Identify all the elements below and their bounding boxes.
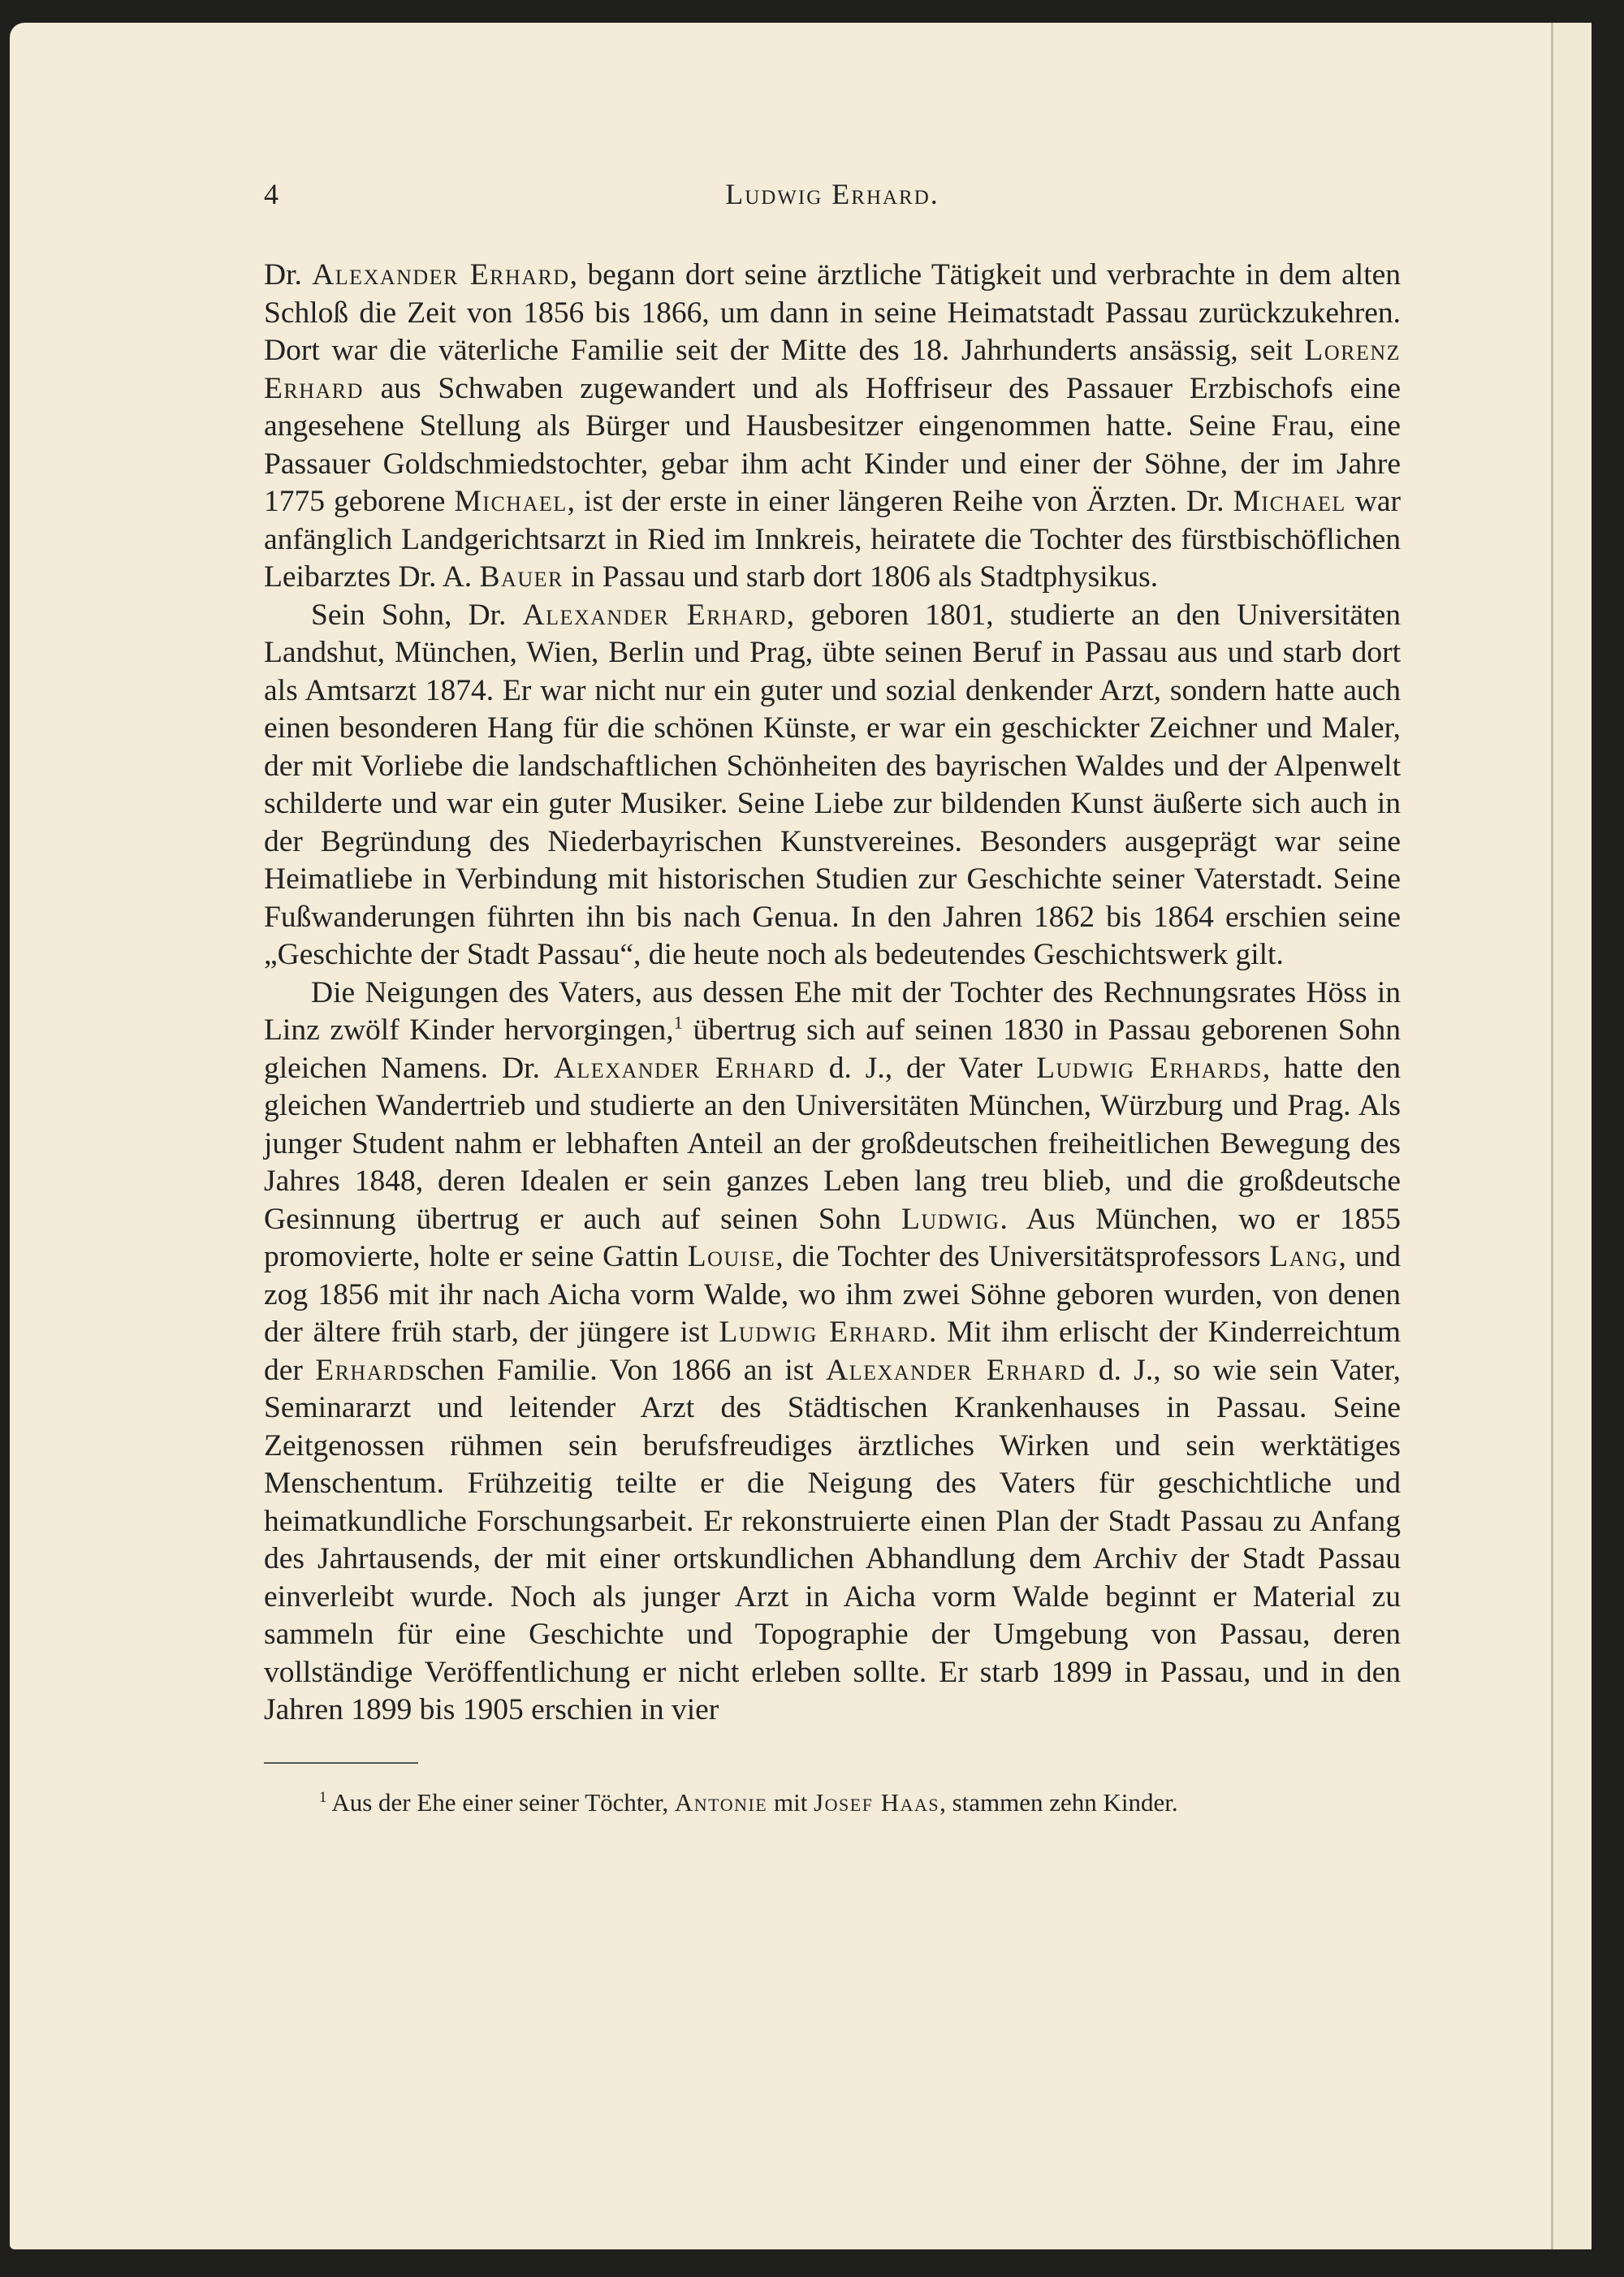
text-run: , stammen zehn Kinder. <box>939 1788 1178 1817</box>
page-fold-edge <box>1553 23 1592 2249</box>
paragraph-3: Die Neigungen des Vaters, aus dessen Ehe… <box>264 974 1401 1730</box>
small-caps-name: Michael <box>454 485 567 518</box>
running-header: 4 Ludwig Erhard. <box>264 177 1401 226</box>
text-run: schen Familie. Von 1866 an ist <box>415 1354 826 1387</box>
footnote-1: 1 Aus der Ehe einer seiner Töchter, Anto… <box>264 1787 1401 1819</box>
small-caps-name: Alexander Erhard <box>312 258 569 292</box>
small-caps-name: Antonie <box>675 1788 767 1817</box>
text-run: mit <box>767 1788 814 1817</box>
text-run: d. J., der Vater <box>815 1052 1036 1085</box>
page-fold-line <box>1551 23 1553 2249</box>
page-content: 4 Ludwig Erhard. Dr. Alexander Erhard, b… <box>264 177 1401 1819</box>
small-caps-name: Louise <box>688 1240 775 1273</box>
small-caps-name: Ludwig Erhards <box>1036 1052 1263 1085</box>
running-title: Ludwig Erhard. <box>264 177 1401 211</box>
small-caps-name: Josef Haas <box>814 1788 939 1817</box>
small-caps-name: Bauer <box>480 560 564 594</box>
footnote-divider <box>264 1762 418 1764</box>
text-run: Aus der Ehe einer seiner Töchter, <box>326 1788 675 1817</box>
text-run: , ist der erste in einer längeren Reihe … <box>568 485 1233 518</box>
small-caps-name: Michael <box>1233 485 1346 518</box>
footnote-marker: 1 <box>674 1013 683 1033</box>
text-run: , die Tochter des Universitätsprofessors <box>775 1240 1269 1273</box>
small-caps-name: Lang <box>1269 1240 1338 1273</box>
small-caps-name: Alexander Erhard <box>523 598 787 632</box>
body-text: Dr. Alexander Erhard, begann dort seine … <box>264 257 1401 1730</box>
text-run: in Passau und starb dort 1806 als Stadtp… <box>564 560 1158 594</box>
text-run: d. J., so wie sein Vater, Seminararzt un… <box>264 1354 1401 1727</box>
small-caps-name: Erhard <box>315 1354 415 1387</box>
footnote-marker: 1 <box>319 1788 326 1805</box>
text-run: , geboren 1801, studierte an den Univers… <box>264 598 1401 972</box>
small-caps-name: Alexander Erhard <box>554 1052 815 1085</box>
small-caps-name: Ludwig <box>901 1203 1000 1236</box>
text-run: Sein Sohn, Dr. <box>311 598 523 632</box>
text-run: Dr. <box>264 258 312 292</box>
paragraph-2: Sein Sohn, Dr. Alexander Erhard, geboren… <box>264 597 1401 974</box>
small-caps-name: Alexander Erhard <box>826 1354 1086 1387</box>
small-caps-name: Ludwig Erhard <box>719 1316 929 1349</box>
paragraph-1: Dr. Alexander Erhard, begann dort seine … <box>264 257 1401 597</box>
